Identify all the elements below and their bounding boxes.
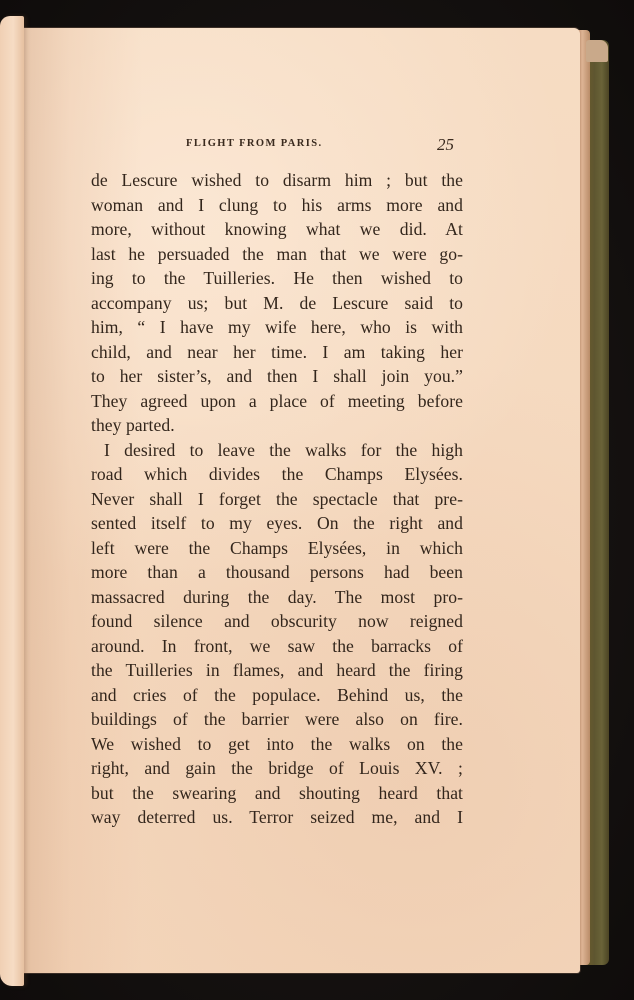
text-line: de Lescure wished to disarm him ; but th… <box>91 168 463 193</box>
text-line: We wished to get into the walks on the <box>91 732 463 757</box>
text-line: to her sister’s, and then I shall join y… <box>91 364 463 389</box>
text-line: road which divides the Champs Elysées. <box>91 462 463 487</box>
text-line: and cries of the populace. Behind us, th… <box>91 683 463 708</box>
text-line: last he persuaded the man that we were g… <box>91 242 463 267</box>
left-page-curl <box>0 16 24 986</box>
text-line: left were the Champs Elysées, in which <box>91 536 463 561</box>
text-line: buildings of the barrier were also on fi… <box>91 707 463 732</box>
cover-corner-wear <box>586 40 608 62</box>
running-title: FLIGHT FROM PARIS. <box>186 138 323 149</box>
text-line: way deterred us. Terror seized me, and I <box>91 805 463 830</box>
text-line: I desired to leave the walks for the hig… <box>91 438 463 463</box>
text-line: more, without knowing what we did. At <box>91 217 463 242</box>
text-line: him, “ I have my wife here, who is with <box>91 315 463 340</box>
text-line: woman and I clung to his arms more and <box>91 193 463 218</box>
body-text: de Lescure wished to disarm him ; but th… <box>91 168 463 830</box>
text-line: the Tuilleries in flames, and heard the … <box>91 658 463 683</box>
text-line: ing to the Tuilleries. He then wished to <box>91 266 463 291</box>
text-line: around. In front, we saw the barracks of <box>91 634 463 659</box>
text-line: found silence and obscurity now reigned <box>91 609 463 634</box>
paragraph-2: I desired to leave the walks for the hig… <box>91 438 463 830</box>
text-line: child, and near her time. I am taking he… <box>91 340 463 365</box>
text-line: Never shall I forget the spectacle that … <box>91 487 463 512</box>
text-line: they parted. <box>91 413 463 438</box>
text-line: right, and gain the bridge of Louis XV. … <box>91 756 463 781</box>
text-line: massacred during the day. The most pro- <box>91 585 463 610</box>
paragraph-1: de Lescure wished to disarm him ; but th… <box>91 168 463 438</box>
text-line: but the swearing and shouting heard that <box>91 781 463 806</box>
text-line: They agreed upon a place of meeting befo… <box>91 389 463 414</box>
page-number: 25 <box>437 135 454 155</box>
text-line: accompany us; but M. de Lescure said to <box>91 291 463 316</box>
running-head: FLIGHT FROM PARIS. 25 <box>186 136 456 156</box>
text-line: sented itself to my eyes. On the right a… <box>91 511 463 536</box>
text-line: more than a thousand persons had been <box>91 560 463 585</box>
